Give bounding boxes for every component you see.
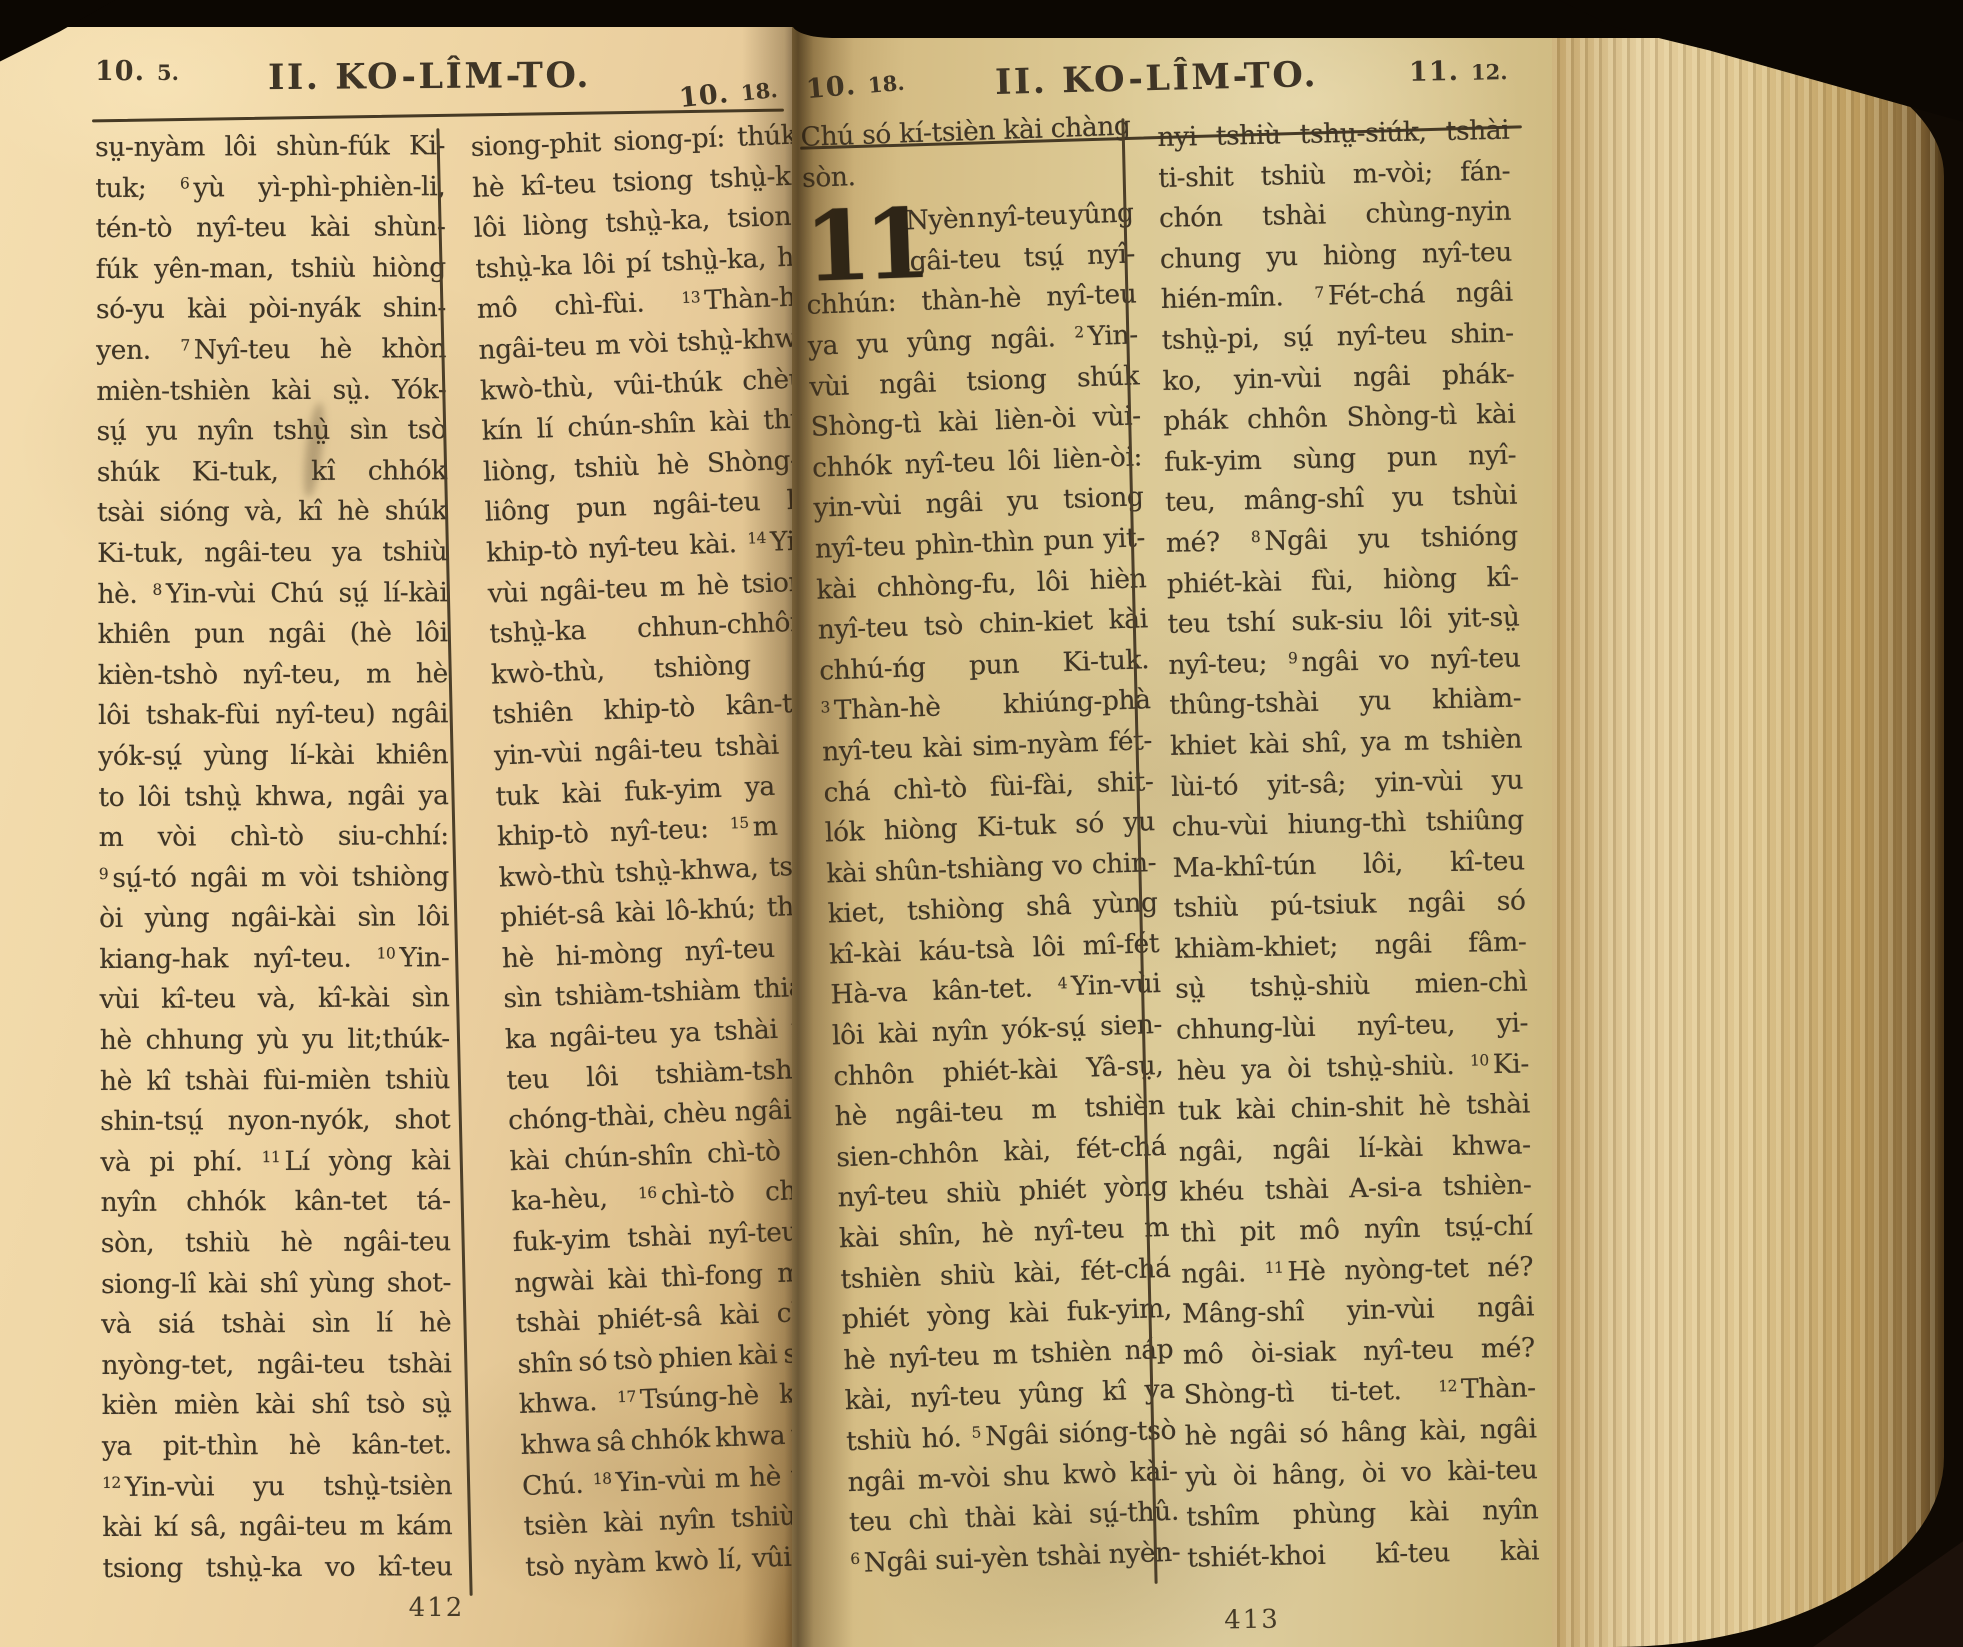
text-line: hèchhungyùyulit;thúk- (100, 1019, 450, 1061)
running-head-chapter-verse: 11.12. (1409, 55, 1508, 88)
page-number: 413 (896, 1599, 1608, 1641)
text-line: nyînchhókkân-tettá- (101, 1182, 451, 1224)
text-line: shúkKi-tuk,kîchhók (97, 451, 447, 493)
text-line: yen.7Nyî-teuhèkhòn (96, 329, 446, 371)
verse-number: 7 (1314, 283, 1324, 301)
text-line: shin-tsṳ́nyon-nyók,shot (100, 1100, 450, 1142)
text-columns: Chúsókí-tsiènkàichàngsòn.11Nyènnyî-teuyû… (800, 118, 1509, 1585)
verse-number: 11 (1264, 1259, 1283, 1277)
text-line: ko,yin-vùingâiphák- (1162, 354, 1515, 402)
text-line: sṳ́yunyîntshṳ̀sìntsò (96, 410, 446, 452)
verse-number: 8 (152, 581, 161, 599)
text-line: yapit-thìnhèkân-tet. (102, 1425, 452, 1467)
text-line: òiyùngngâi-kàisìnlôi (99, 897, 449, 939)
chapter-number-drop-cap: 11 (803, 206, 894, 290)
text-line: khietkàishî,yamtshièn (1170, 719, 1523, 767)
text-line: thìpitmônyîntsṳ́-chí (1180, 1206, 1533, 1254)
book-title: II. KO-LÎM-TO. (995, 54, 1319, 103)
text-column-1: sṳ-nyàmlôishùn-fúkKi-tuk;6yùyì-phì-phièn… (95, 126, 453, 1596)
verse-number: 12 (102, 1474, 121, 1492)
verse-number: 15 (730, 814, 749, 833)
open-book-photo: 10.5. II. KO-LÎM-TO. 10.18. sṳ-nyàmlôish… (0, 0, 1963, 1647)
text-line: Ki-tuk,ngâi-teuyatshiù (97, 532, 447, 574)
text-line: Ma-khî-túnlôi,kî-teu (1172, 841, 1525, 889)
text-line: 9sṳ́-tóngâimvòitshiòng (99, 857, 449, 899)
text-line: siong-lîkàishîyùngshot- (101, 1263, 451, 1305)
text-line: sòn,tshiùhèngâi-teu (101, 1222, 451, 1264)
text-line: khiênpunngâi(hèlôi (98, 613, 448, 655)
text-line: vùikî-teuvà,kî-kàisìn (99, 979, 449, 1021)
text-line: 12Yin-vùiyutshṳ̀-tsièn (102, 1466, 452, 1508)
verse-number: 18 (593, 1469, 612, 1488)
verse-number: 9 (99, 865, 108, 883)
text-line: fúkyên-man,tshiùhiòng (96, 248, 446, 290)
verse-number: 2 (1074, 324, 1084, 342)
verse-number: 11 (262, 1148, 281, 1166)
page-edges-stack (1552, 26, 1944, 1647)
text-line: tolôitshṳ̀khwa,ngâiya (98, 776, 448, 818)
text-line: mvòichì-tòsiu-chhí: (99, 816, 449, 858)
text-line: tsàisióngvà,kîhèshúk (97, 492, 447, 534)
page-number: 412 (95, 1593, 778, 1623)
running-head-chapter-verse: 10.5. (95, 56, 179, 87)
chapter-start: 11Nyènnyî-teuyûngngâi-teutsṳ́nyî- (803, 194, 1136, 287)
text-line: sṳ̀tshṳ̀-shiùmien-chì (1175, 963, 1528, 1011)
text-line: nyitshiùtshṳ-siúk,tshài (1157, 111, 1510, 159)
verse-number: 10 (377, 945, 396, 963)
page-left: 10.5. II. KO-LÎM-TO. 10.18. sṳ-nyàmlôish… (0, 24, 792, 1647)
text-line: vàpiphí.11Líyòngkài (100, 1141, 450, 1183)
text-line: tshîmphùngkàinyîn (1186, 1491, 1539, 1539)
text-line: tshiét-khoikî-teukài (1187, 1531, 1540, 1579)
text-line: mé?8Ngâiyutshióng (1166, 516, 1519, 564)
verse-number: 3 (820, 698, 830, 716)
verse-number: 8 (1251, 528, 1261, 546)
text-line: lôitshak-fùinyî-teu)ngâi (98, 694, 448, 736)
text-line: vàsiátshàisìnlíhè (101, 1303, 451, 1345)
verse-number: 7 (180, 337, 189, 355)
verse-number: 12 (1438, 1377, 1457, 1395)
text-column-4: nyitshiùtshṳ-siúk,tshàiti-shittshiùm-vòi… (1157, 111, 1540, 1585)
verse-number: 6 (180, 174, 189, 192)
verse-number: 10 (1470, 1051, 1489, 1069)
text-line: tén-tònyî-teukàishùn- (95, 207, 445, 249)
text-columns: sṳ-nyàmlôishùn-fúkKi-tuk;6yùyì-phì-phièn… (95, 128, 804, 1596)
text-line: tuk;6yùyì-phì-phièn-li, (95, 167, 445, 209)
verse-number: 4 (1057, 974, 1067, 992)
verse-number: 5 (971, 1424, 981, 1442)
text-line: hè.8Yin-vùiChúsṳ́lí-kài (97, 573, 447, 615)
running-head-left-page: 10.5. II. KO-LÎM-TO. 10.18. (95, 56, 778, 97)
verse-number: 9 (1288, 649, 1298, 667)
verse-number: 6 (850, 1550, 860, 1568)
text-line: kiènmiènkàishîtsòsṳ̀ (102, 1385, 452, 1427)
text-line: sṳ-nyàmlôishùn-fúkKi- (95, 126, 445, 168)
text-line: hèkîtshàifùi-mièntshiù (100, 1060, 450, 1102)
text-line: nyòng-tet,ngâi-teutshài (101, 1344, 451, 1386)
running-head-chapter-verse: 10.18. (805, 66, 906, 105)
page-right: 10.18. II. KO-LÎM-TO. 11.12. Chúsókí-tsi… (792, 24, 1552, 1647)
text-line: kàikísâ,ngâi-teumkám (102, 1506, 452, 1548)
text-line: kièn-tshònyî-teu,mhè (98, 654, 448, 696)
text-line: kiang-haknyî-teu.10Yin- (99, 938, 449, 980)
running-head-right-page: 10.18. II. KO-LÎM-TO. 11.12. (806, 58, 1508, 99)
text-line: yók-sṳ́yùnglí-kàikhiên (98, 735, 448, 777)
verse-number: 17 (617, 1387, 636, 1406)
text-column-3: Chúsókí-tsiènkàichàngsòn.11Nyènnyî-teuyû… (800, 106, 1181, 1584)
text-line: mièn-tshiènkàisṳ̀.Yók- (96, 370, 446, 412)
text-line: tsiongtshṳ̀-kavokî-teu (102, 1547, 452, 1589)
verse-number: 14 (747, 529, 766, 548)
book-title: II. KO-LÎM-TO. (268, 55, 591, 98)
verse-number: 16 (638, 1183, 657, 1202)
verse-number: 13 (681, 288, 700, 307)
text-line: só-yukàipòi-nyákshin- (96, 289, 446, 331)
